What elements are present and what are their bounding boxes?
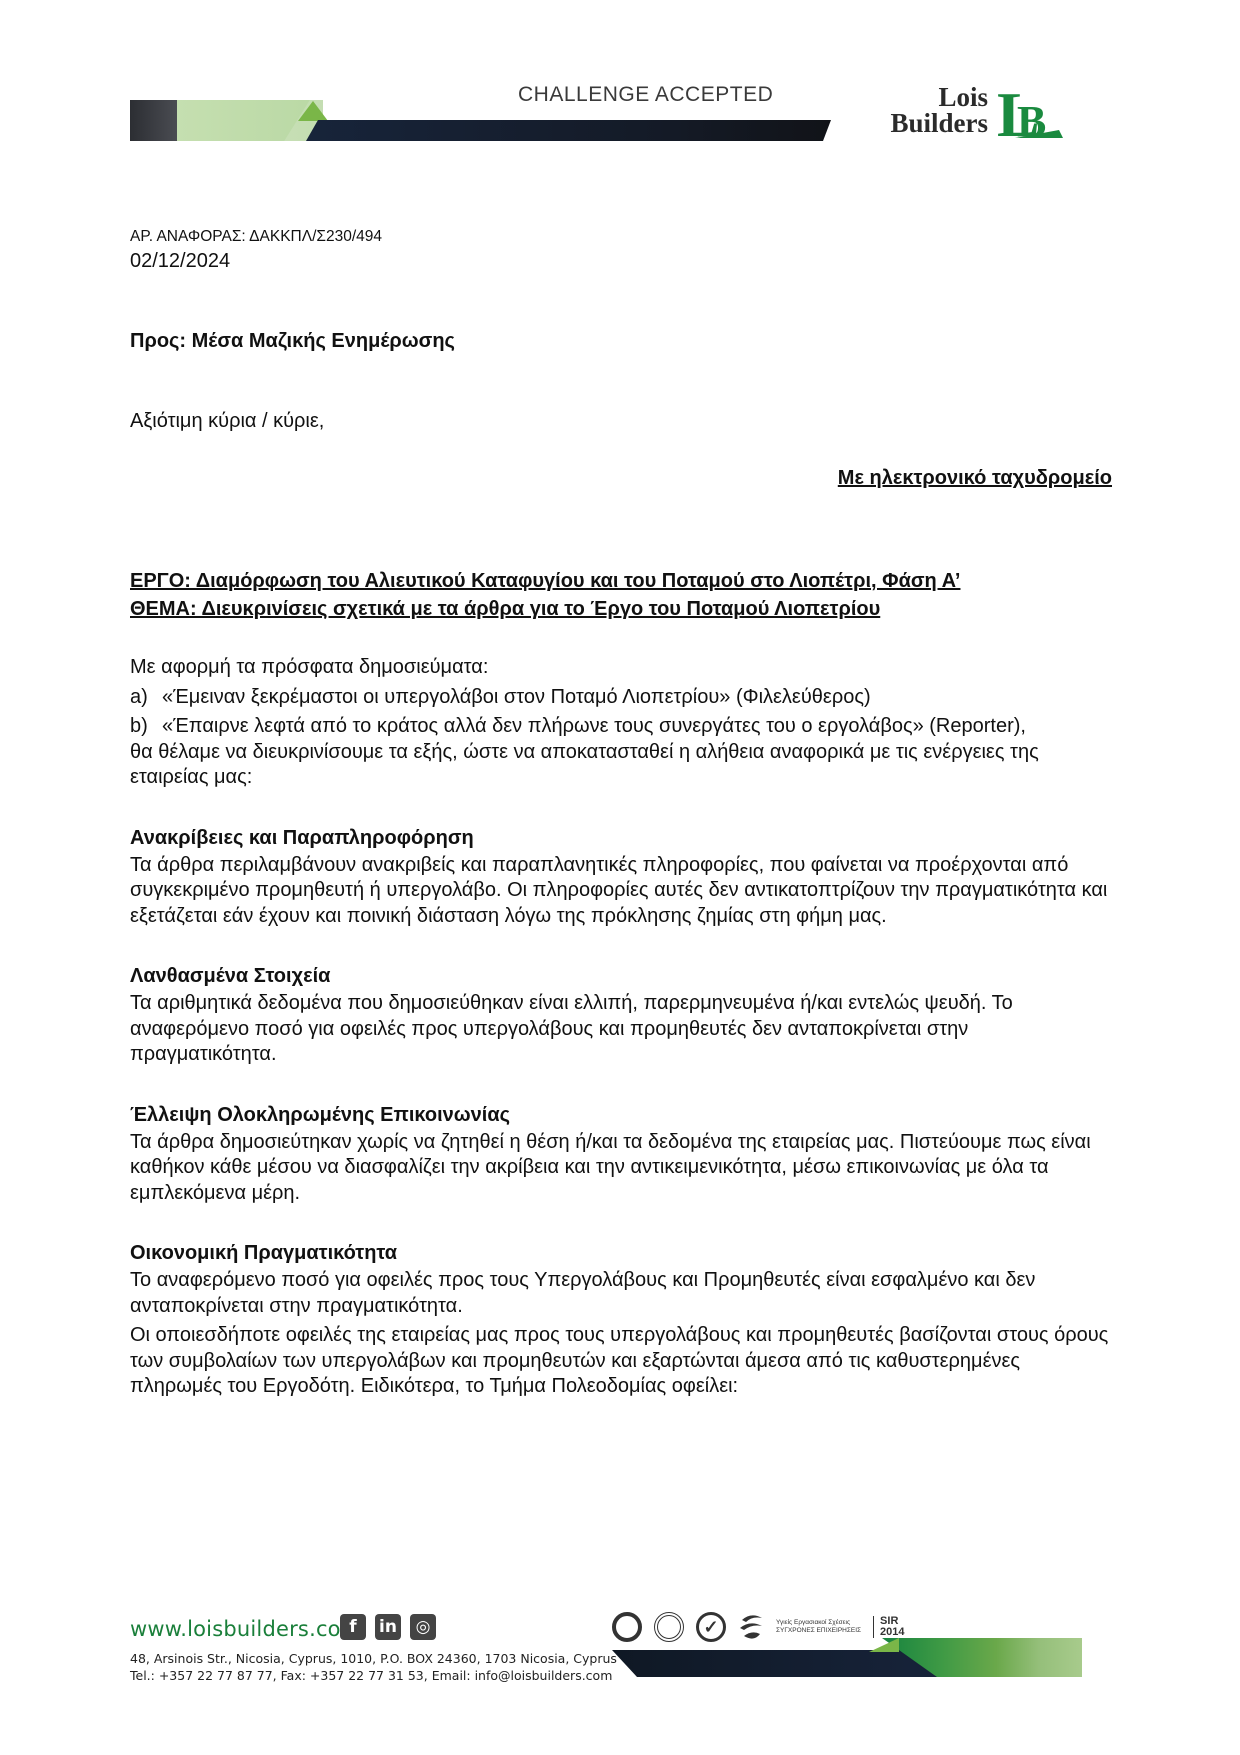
- intro-conclusion: θα θέλαμε να διευκρινίσουμε τα εξής, ώστ…: [130, 740, 1112, 791]
- article-title: «Έμειναν ξεκρέμαστοι οι υπεργολάβοι στον…: [162, 685, 871, 711]
- footer-banner: [612, 1627, 1082, 1677]
- section-heading: Έλλειψη Ολοκληρωμένης Επικοινωνίας: [130, 1102, 1112, 1128]
- article-item: b) «Έπαιρνε λεφτά από το κράτος αλλά δεν…: [130, 714, 1112, 740]
- section-wrong-data: Λανθασμένα Στοιχεία Τα αριθμητικά δεδομέ…: [130, 963, 1112, 1068]
- contact-details: Tel.: +357 22 77 87 77, Fax: +357 22 77 …: [130, 1667, 617, 1684]
- salutation: Αξιότιμη κύρια / κύριε,: [130, 410, 324, 433]
- section-heading: Λανθασμένα Στοιχεία: [130, 963, 1112, 989]
- section-financial: Οικονομική Πραγματικότητα Το αναφερόμενο…: [130, 1240, 1112, 1400]
- subject-block: ΕΡΓΟ: Διαμόρφωση του Αλιευτικού Καταφυγί…: [130, 567, 960, 623]
- company-logo-text: Lois Builders: [870, 84, 988, 136]
- section-paragraph: Τα άρθρα περιλαμβάνουν ανακριβείς και πα…: [130, 853, 1112, 930]
- company-tagline: CHALLENGE ACCEPTED: [518, 83, 773, 107]
- letter-date: 02/12/2024: [130, 250, 230, 273]
- website-link[interactable]: www.loisbuilders.com: [130, 1617, 361, 1641]
- instagram-icon[interactable]: ◎: [410, 1614, 436, 1640]
- article-item: a) «Έμειναν ξεκρέμαστοι οι υπεργολάβοι σ…: [130, 685, 1112, 711]
- subject-project: ΕΡΓΟ: Διαμόρφωση του Αλιευτικού Καταφυγί…: [130, 567, 960, 595]
- reference-number: ΑΡ. ΑΝΑΦΟΡΑΣ: ΔΑΚΚΠΛ/Σ230/494: [130, 228, 382, 246]
- article-title: «Έπαιρνε λεφτά από το κράτος αλλά δεν πλ…: [162, 714, 1026, 740]
- list-marker: a): [130, 685, 162, 711]
- section-paragraph: Τα αριθμητικά δεδομένα που δημοσιεύθηκαν…: [130, 991, 1112, 1068]
- section-heading: Ανακρίβειες και Παραπληροφόρηση: [130, 825, 1112, 851]
- intro-text: Με αφορμή τα πρόσφατα δημοσιεύματα:: [130, 655, 1112, 681]
- subject-topic: ΘΕΜΑ: Διευκρινίσεις σχετικά με τα άρθρα …: [130, 595, 960, 623]
- social-links: f in ◎: [340, 1614, 436, 1640]
- section-paragraph: Τα άρθρα δημοσιεύτηκαν χωρίς να ζητηθεί …: [130, 1130, 1112, 1207]
- section-communication: Έλλειψη Ολοκληρωμένης Επικοινωνίας Τα άρ…: [130, 1102, 1112, 1207]
- address: 48, Arsinois Str., Nicosia, Cyprus, 1010…: [130, 1650, 617, 1667]
- list-marker: b): [130, 714, 162, 740]
- section-paragraph: Το αναφερόμενο ποσό για οφειλές προς του…: [130, 1268, 1112, 1319]
- banner-dark-block: [130, 100, 177, 141]
- delivery-method: Με ηλεκτρονικό ταχυδρομείο: [838, 467, 1112, 490]
- section-inaccuracies: Ανακρίβειες και Παραπληροφόρηση Τα άρθρα…: [130, 825, 1112, 930]
- lb-logo-icon: L B: [995, 74, 1065, 144]
- letter-body: Με αφορμή τα πρόσφατα δημοσιεύματα: a) «…: [130, 655, 1112, 1400]
- linkedin-icon[interactable]: in: [375, 1614, 401, 1640]
- section-paragraph: Οι οποιεσδήποτε οφειλές της εταιρείας μα…: [130, 1323, 1112, 1400]
- banner-navy-bar: [306, 120, 831, 141]
- company-contact: 48, Arsinois Str., Nicosia, Cyprus, 1010…: [130, 1650, 617, 1684]
- footer-navy-bar: [612, 1650, 942, 1677]
- facebook-icon[interactable]: f: [340, 1614, 366, 1640]
- recipient: Προς: Μέσα Μαζικής Ενημέρωσης: [130, 330, 455, 353]
- section-heading: Οικονομική Πραγματικότητα: [130, 1240, 1112, 1266]
